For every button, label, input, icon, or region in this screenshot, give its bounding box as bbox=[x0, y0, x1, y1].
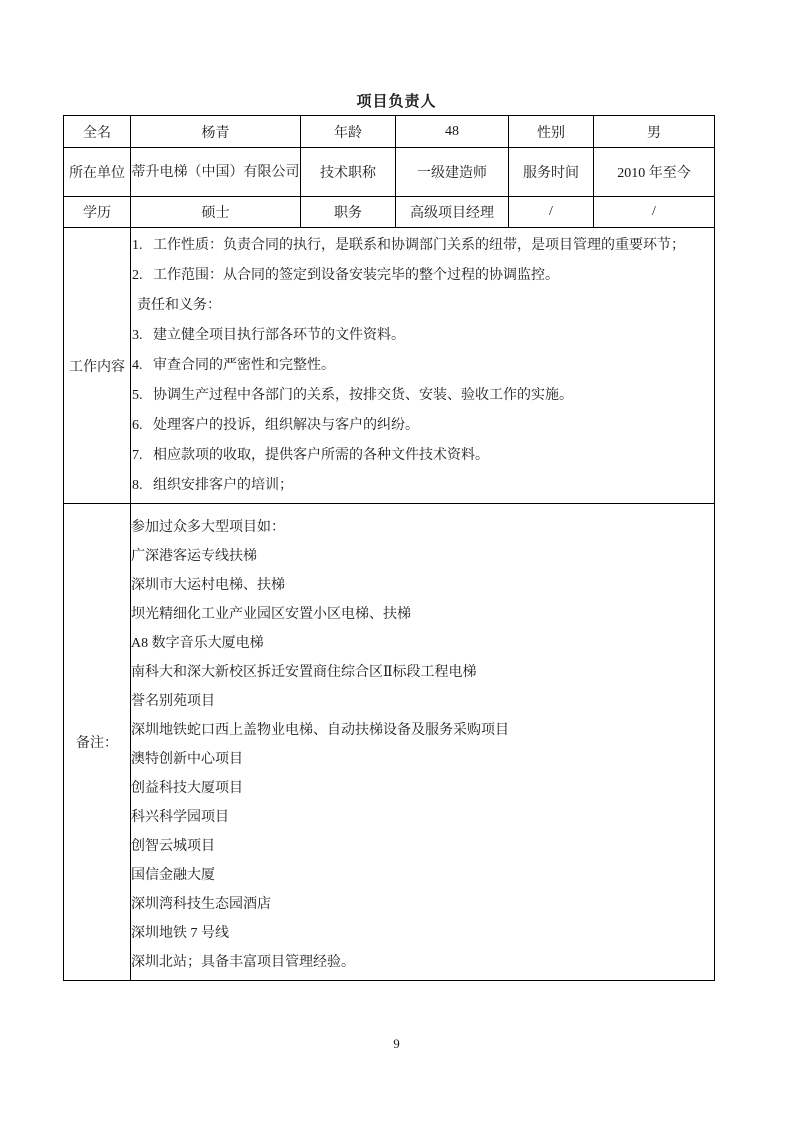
service-time-value: 2010 年至今 bbox=[594, 148, 715, 197]
table-row: 工作内容 1.工作性质：负责合同的执行，是联系和协调部门关系的纽带，是项目管理的… bbox=[64, 228, 715, 504]
remark-item: 深圳市大运村电梯、扶梯 bbox=[131, 571, 714, 600]
age-label: 年龄 bbox=[301, 116, 396, 148]
work-unit-value: 蒂升电梯（中国）有限公司 bbox=[131, 148, 301, 197]
work-content-cell: 1.工作性质：负责合同的执行，是联系和协调部门关系的纽带，是项目管理的重要环节；… bbox=[131, 228, 715, 504]
work-item: 4.审查合同的严密性和完整性。 bbox=[131, 351, 714, 381]
remark-item: 国信金融大厦 bbox=[131, 861, 714, 890]
remark-item: 深圳湾科技生态园酒店 bbox=[131, 890, 714, 919]
table-row: 备注： 参加过众多大型项目如： 广深港客运专线扶梯 深圳市大运村电梯、扶梯 坝光… bbox=[64, 504, 715, 981]
work-item: 责任和义务： bbox=[131, 291, 714, 321]
remark-item: 科兴科学园项目 bbox=[131, 803, 714, 832]
page-number: 9 bbox=[0, 1036, 793, 1052]
work-item: 6.处理客户的投诉，组织解决与客户的纠纷。 bbox=[131, 411, 714, 441]
work-item: 1.工作性质：负责合同的执行，是联系和协调部门关系的纽带，是项目管理的重要环节； bbox=[131, 231, 714, 261]
table-row: 全名 杨青 年龄 48 性别 男 bbox=[64, 116, 715, 148]
remark-item: 誉名别苑项目 bbox=[131, 687, 714, 716]
gender-value: 男 bbox=[594, 116, 715, 148]
page-title: 项目负责人 bbox=[0, 90, 793, 111]
remark-item: 澳特创新中心项目 bbox=[131, 745, 714, 774]
remark-item: 深圳地铁 7 号线 bbox=[131, 919, 714, 948]
document-page: 项目负责人 全名 杨青 年龄 48 性别 男 所在单位 蒂升电梯（中国）有限公司… bbox=[0, 0, 793, 1122]
gender-label: 性别 bbox=[509, 116, 594, 148]
remarks-label: 备注： bbox=[64, 504, 131, 981]
age-value: 48 bbox=[396, 116, 509, 148]
work-item: 8.组织安排客户的培训； bbox=[131, 471, 714, 501]
remark-item: 深圳北站；具备丰富项目管理经验。 bbox=[131, 948, 714, 977]
work-content-label: 工作内容 bbox=[64, 228, 131, 504]
tech-title-value: 一级建造师 bbox=[396, 148, 509, 197]
work-item: 3.建立健全项目执行部各环节的文件资料。 bbox=[131, 321, 714, 351]
remark-item: A8 数字音乐大厦电梯 bbox=[131, 629, 714, 658]
full-name-label: 全名 bbox=[64, 116, 131, 148]
work-unit-label: 所在单位 bbox=[64, 148, 131, 197]
remark-item: 南科大和深大新校区拆迁安置商住综合区Ⅱ标段工程电梯 bbox=[131, 658, 714, 687]
table-row: 学历 硕士 职务 高级项目经理 / / bbox=[64, 197, 715, 228]
remark-item: 广深港客运专线扶梯 bbox=[131, 542, 714, 571]
position-value: 高级项目经理 bbox=[396, 197, 509, 228]
work-item: 2.工作范围：从合同的签定到设备安装完毕的整个过程的协调监控。 bbox=[131, 261, 714, 291]
remark-item: 创智云城项目 bbox=[131, 832, 714, 861]
education-value: 硕士 bbox=[131, 197, 301, 228]
education-label: 学历 bbox=[64, 197, 131, 228]
remark-item: 参加过众多大型项目如： bbox=[131, 513, 714, 542]
remark-item: 创益科技大厦项目 bbox=[131, 774, 714, 803]
full-name-value: 杨青 bbox=[131, 116, 301, 148]
remarks-cell: 参加过众多大型项目如： 广深港客运专线扶梯 深圳市大运村电梯、扶梯 坝光精细化工… bbox=[131, 504, 715, 981]
project-manager-table: 全名 杨青 年龄 48 性别 男 所在单位 蒂升电梯（中国）有限公司 技术职称 … bbox=[63, 115, 715, 981]
tech-title-label: 技术职称 bbox=[301, 148, 396, 197]
table-row: 所在单位 蒂升电梯（中国）有限公司 技术职称 一级建造师 服务时间 2010 年… bbox=[64, 148, 715, 197]
service-time-label: 服务时间 bbox=[509, 148, 594, 197]
slash-placeholder: / bbox=[594, 197, 715, 228]
work-item: 5.协调生产过程中各部门的关系，按排交货、安装、验收工作的实施。 bbox=[131, 381, 714, 411]
position-label: 职务 bbox=[301, 197, 396, 228]
remark-item: 深圳地铁蛇口西上盖物业电梯、自动扶梯设备及服务采购项目 bbox=[131, 716, 714, 745]
remark-item: 坝光精细化工业产业园区安置小区电梯、扶梯 bbox=[131, 600, 714, 629]
slash-placeholder: / bbox=[509, 197, 594, 228]
work-item: 7.相应款项的收取，提供客户所需的各种文件技术资料。 bbox=[131, 441, 714, 471]
